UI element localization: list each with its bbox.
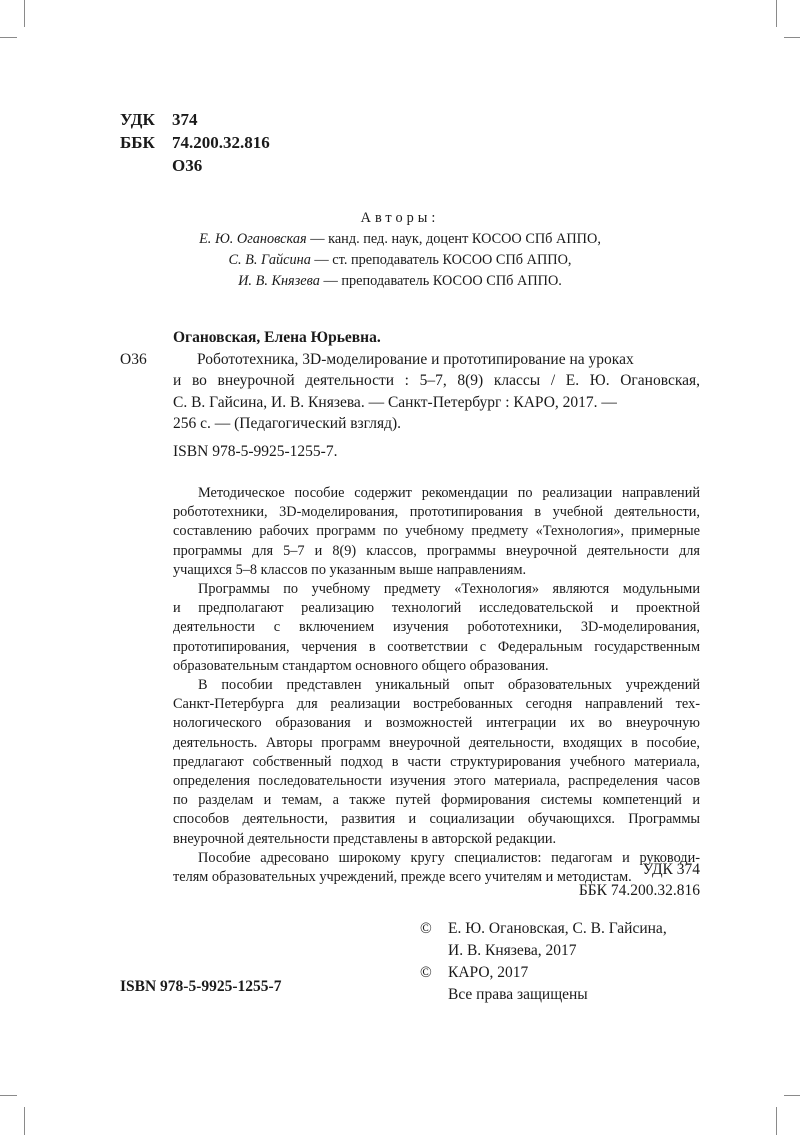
authors-heading: Авторы: [0,208,800,229]
footer-codes: УДК 374 ББК 74.200.32.816 [579,859,700,901]
annotation-line: программы для 5–7 и 8(9) классов, програ… [173,542,700,561]
authors-block: Авторы: Е. Ю. Огановская — канд. пед. на… [0,208,800,292]
annotation-line: предлагают собственный подход в части ст… [173,753,700,772]
copyright-line: Все права защищены [448,984,588,1006]
copyright-block: ©Е. Ю. Огановская, С. В. Гайсина, И. В. … [420,918,667,1006]
annotation-line: Программы по учебному предмету «Технолог… [173,580,700,599]
annotation-line: Санкт-Петербурга для реализации востребо… [173,695,700,714]
author-line: С. В. Гайсина — ст. преподаватель КОСОО … [0,250,800,271]
crop-mark-bottom-right-v [776,1107,777,1135]
classification-codes: УДК374 ББК74.200.32.816 О36 [120,108,270,177]
author-role: — канд. пед. наук, доцент КОСОО СПб АППО… [307,231,601,247]
bib-line: 256 с. — (Педагогический взгляд). [120,413,700,435]
annotation-line: внеурочной деятельности представлены в а… [173,830,700,849]
crop-mark-top-left-h [0,37,17,38]
annotation-line: и предполагают реализацию технологий исс… [173,599,700,618]
author-name: С. В. Гайсина [228,252,310,268]
annotation-line: образовательным стандартом основного общ… [173,657,700,676]
annotation-paragraph: Программы по учебному предмету «Технолог… [173,580,700,676]
author-name: Е. Ю. Огановская [199,231,307,247]
annotation-line: составлению рабочих программ по учебному… [173,522,700,541]
author-line: Е. Ю. Огановская — канд. пед. наук, доце… [0,229,800,250]
crop-mark-top-right-v [776,0,777,27]
bbk-label: ББК [120,131,172,154]
bib-line: С. В. Гайсина, И. В. Князева. — Санкт-Пе… [120,392,700,414]
footer-bbk: ББК 74.200.32.816 [579,880,700,901]
annotation-line: нологического образования и возможностей… [173,714,700,733]
bib-line: Робототехника, 3D-моделирование и протот… [173,351,634,368]
bbk-value: 74.200.32.816 [172,131,270,154]
copyright-line: Е. Ю. Огановская, С. В. Гайсина, [448,918,667,940]
annotation-paragraph: В пособии представлен уникальный опыт об… [173,676,700,849]
annotation: Методическое пособие содержит рекомендац… [173,484,700,887]
udk-label: УДК [120,108,172,131]
crop-mark-top-left-v [24,0,25,27]
annotation-line: по разделам и темам, а также путей форми… [173,791,700,810]
annotation-line: деятельности с включением изучения робот… [173,618,700,637]
bibliographic-record: Огановская, Елена Юрьевна. О36Робототехн… [120,327,700,435]
isbn-record: ISBN 978-5-9925-1255-7. [173,443,337,461]
annotation-line: робототехники, 3D-моделирования, прототи… [173,503,700,522]
isbn-footer: ISBN 978-5-9925-1255-7 [120,978,281,996]
author-mark: О36 [172,154,202,177]
annotation-line: прототипирования, черчения в соответстви… [173,638,700,657]
crop-mark-bottom-left-v [24,1107,25,1135]
udk-value: 374 [172,108,198,131]
copyright-line: И. В. Князева, 2017 [448,940,577,962]
annotation-line: определения последовательности изучения … [173,772,700,791]
bib-line: и во внеурочной деятельности : 5–7, 8(9)… [120,370,700,392]
crop-mark-top-right-h [784,37,800,38]
copyright-icon: © [420,918,448,940]
footer-udk: УДК 374 [579,859,700,880]
bib-author-mark: О36 [120,349,173,371]
copyright-line: КАРО, 2017 [448,962,528,984]
author-role: — ст. преподаватель КОСОО СПб АППО, [311,252,572,268]
author-role: — преподаватель КОСОО СПб АППО. [320,273,562,289]
crop-mark-bottom-left-h [0,1095,17,1096]
annotation-paragraph: Методическое пособие содержит рекомендац… [173,484,700,580]
author-line: И. В. Князева — преподаватель КОСОО СПб … [0,271,800,292]
annotation-line: Методическое пособие содержит рекомендац… [173,484,700,503]
annotation-line: учащихся 5–8 классов по указанным выше н… [173,561,700,580]
main-author: Огановская, Елена Юрьевна. [120,327,700,349]
copyright-icon: © [420,962,448,984]
annotation-line: В пособии представлен уникальный опыт об… [173,676,700,695]
annotation-line: способов деятельности, развития и социал… [173,810,700,829]
annotation-line: деятельность. Авторы программ внеурочной… [173,734,700,753]
crop-mark-bottom-right-h [784,1095,800,1096]
author-name: И. В. Князева [238,273,320,289]
